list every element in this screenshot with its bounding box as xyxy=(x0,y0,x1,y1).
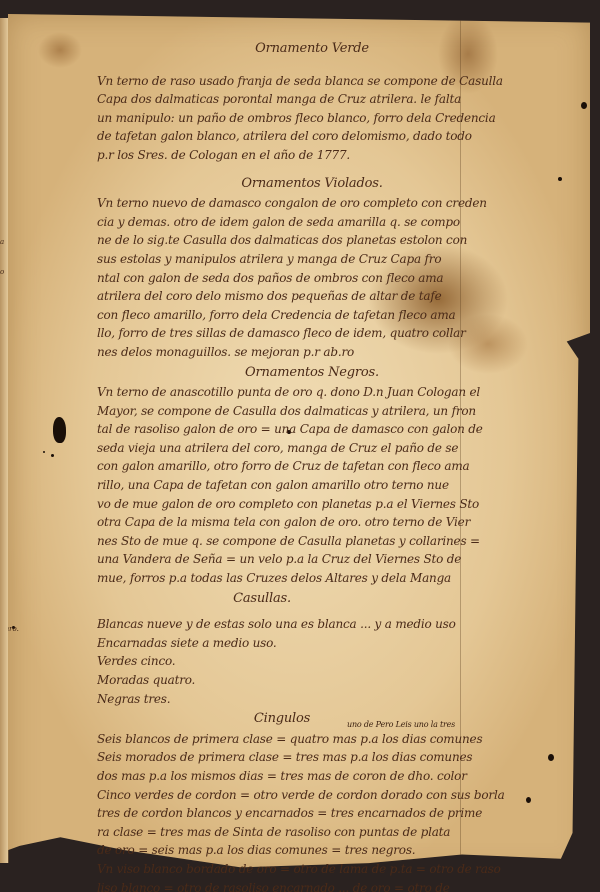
text-line: Blancas nueve y de estas solo una es bla… xyxy=(97,615,587,634)
text-line: nes Sto de mue q. se compone de Casulla … xyxy=(97,532,587,551)
text-line: de tafetan galon blanco, atrilera del co… xyxy=(97,127,587,146)
text-line: seda vieja una atrilera del coro, manga … xyxy=(97,439,587,458)
section-heading: Cingulos xyxy=(97,710,587,729)
text-line: sus estolas y manipulos atrilera y manga… xyxy=(97,250,587,269)
section-heading: Ornamento Verde xyxy=(97,40,587,59)
text-line: tres de cordon blancos y encarnados = tr… xyxy=(97,804,587,823)
ink-dot xyxy=(43,451,45,453)
text-line: Seis blancos de primera clase = quatro m… xyxy=(97,730,587,749)
text-line: otra Capa de la misma tela con galon de … xyxy=(97,513,587,532)
text-line: Vn terno de raso usado franja de seda bl… xyxy=(97,72,587,91)
margin-note: o xyxy=(0,268,4,276)
adjacent-page-edge: a o xyxy=(0,18,9,863)
text-line: mue, forros p.a todas las Cruzes delos A… xyxy=(97,569,587,588)
text-line: cia y demas. otro de idem galon de seda … xyxy=(97,213,587,232)
text-line: Negras tres. xyxy=(97,690,587,709)
text-line: llo, forro de tres sillas de damasco fle… xyxy=(97,324,587,343)
text-line: Vn terno de anascotillo punta de oro q. … xyxy=(97,383,587,402)
text-line: p.r los Sres. de Cologan en el año de 17… xyxy=(97,146,587,165)
text-line: dos mas p.a los mismos dias = tres mas d… xyxy=(97,767,587,786)
ink-dot xyxy=(51,454,54,457)
text-line: liso blanco = otro de rasoliso encarnado… xyxy=(97,879,587,892)
text-line: con galon amarillo, otro forro de Cruz d… xyxy=(97,457,587,476)
section-heading: Ornamentos Violados. xyxy=(97,175,587,194)
text-line: ne de lo sig.te Casulla dos dalmaticas d… xyxy=(97,231,587,250)
margin-note: a xyxy=(0,238,4,246)
text-line: ra clase = tres mas de Sinta de rasoliso… xyxy=(97,823,587,842)
text-line: un manipulo: un paño de ombros fleco bla… xyxy=(97,109,587,128)
text-line: Mayor, se compone de Casulla dos dalmati… xyxy=(97,402,587,421)
manuscript-text: Ornamento Verde Vn terno de raso usado f… xyxy=(97,38,587,892)
text-line: Encarnadas siete a medio uso. xyxy=(97,634,587,653)
text-line: tal de rasoliso galon de oro = una Capa … xyxy=(97,420,587,439)
ink-blot xyxy=(53,417,66,443)
text-line: Capa dos dalmaticas porontal manga de Cr… xyxy=(97,90,587,109)
interlinear-note: uno de Pero Leis uno la tres xyxy=(347,716,455,735)
text-line: ntal con galon de seda dos paños de ombr… xyxy=(97,269,587,288)
text-line: Vn viso blanco bordado de oro = otro de … xyxy=(97,860,587,879)
section-heading: Ornamentos Negros. xyxy=(97,364,587,383)
text-line: Cinco verdes de cordon = otro verde de c… xyxy=(97,786,587,805)
section-heading: Casullas. xyxy=(97,590,587,609)
text-line: Vn terno nuevo de damasco congalon de or… xyxy=(97,194,587,213)
text-line: vo de mue galon de oro completo con plan… xyxy=(97,495,587,514)
text-line: Moradas quatro. xyxy=(97,671,587,690)
text-line: atrilera del coro delo mismo dos pequeña… xyxy=(97,287,587,306)
text-line: rillo, una Capa de tafetan con galon ama… xyxy=(97,476,587,495)
text-line: Seis morados de primera clase = tres mas… xyxy=(97,748,587,767)
text-line: una Vandera de Seña = un velo p.a la Cru… xyxy=(97,550,587,569)
text-line: nes delos monaguillos. se mejoran p.r ab… xyxy=(97,343,587,362)
text-line: Verdes cinco. xyxy=(97,652,587,671)
text-line: de oro = seis mas p.a los dias comunes =… xyxy=(97,841,587,860)
text-line: con fleco amarillo, forro dela Credencia… xyxy=(97,306,587,325)
